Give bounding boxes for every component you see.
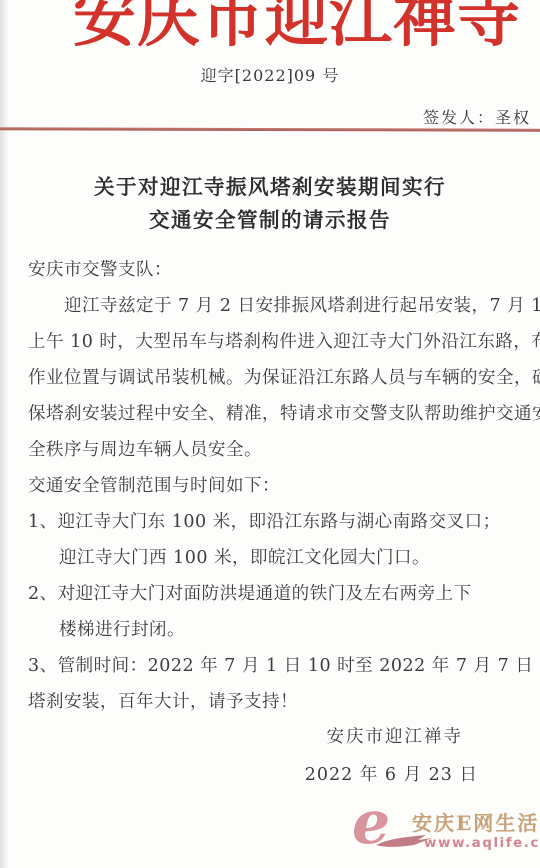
document-title-line1: 关于对迎江寺振风塔刹安装期间实行: [0, 171, 540, 204]
document-title: 关于对迎江寺振风塔刹安装期间实行 交通安全管制的请示报告: [0, 171, 540, 237]
body-line: 保塔刹安装过程中安全、精准，特请求市交警支队帮助维护交通安: [28, 396, 516, 432]
document-title-line2: 交通安全管制的请示报告: [0, 204, 540, 237]
scanned-document-page: 安庆市迎江禅寺 迎字[2022]09 号 签发人：圣权 关于对迎江寺振风塔刹安装…: [0, 0, 540, 868]
body-line: 迎江寺兹定于 7 月 2 日安排振风塔刹进行起吊安装，7 月 1 日: [28, 288, 516, 324]
body-line: 全秩序与周边车辆人员安全。: [28, 432, 516, 468]
body-line-item-1-cont: 迎江寺大门西 100 米，即皖江文化园大门口。: [28, 540, 516, 576]
body-line-item-2-cont: 楼梯进行封闭。: [28, 612, 516, 648]
body-line-item-2: 2、对迎江寺大门对面防洪堤通道的铁门及左右两旁上下: [28, 576, 516, 612]
signature-org-name: 安庆市迎江禅寺: [327, 723, 464, 748]
body-line-item-3: 3、管制时间：2022 年 7 月 1 日 10 时至 2022 年 7 月 7…: [28, 648, 516, 684]
body-line: 上午 10 时，大型吊车与塔刹构件进入迎江寺大门外沿江东路，布置: [28, 324, 516, 360]
issuer-line: 签发人：圣权: [423, 105, 531, 128]
aqlife-site-name: 安庆E网生活: [412, 807, 539, 836]
document-number: 迎字[2022]09 号: [0, 63, 540, 86]
aqlife-site-url: www.aqlife.com: [424, 835, 540, 851]
aqlife-watermark: e 安庆E网生活 www.aqlife.com: [338, 803, 538, 863]
body-line-item-1: 1、迎江寺大门东 100 米，即沿江东路与湖心南路交叉口；: [28, 504, 516, 540]
document-body: 安庆市交警支队： 迎江寺兹定于 7 月 2 日安排振风塔刹进行起吊安装，7 月 …: [28, 252, 516, 720]
body-line-closing: 塔刹安装，百年大计，请予支持！: [28, 684, 516, 720]
letterhead-org-name: 安庆市迎江禅寺: [56, 0, 538, 50]
letterhead-divider-rule: [0, 127, 540, 131]
body-line-section: 交通安全管制范围与时间如下：: [28, 468, 516, 504]
body-line-salutation: 安庆市交警支队：: [28, 252, 516, 288]
body-line: 作业位置与调试吊装机械。为保证沿江东路人员与车辆的安全，确: [28, 360, 516, 396]
signature-date: 2022 年 6 月 23 日: [305, 761, 478, 786]
